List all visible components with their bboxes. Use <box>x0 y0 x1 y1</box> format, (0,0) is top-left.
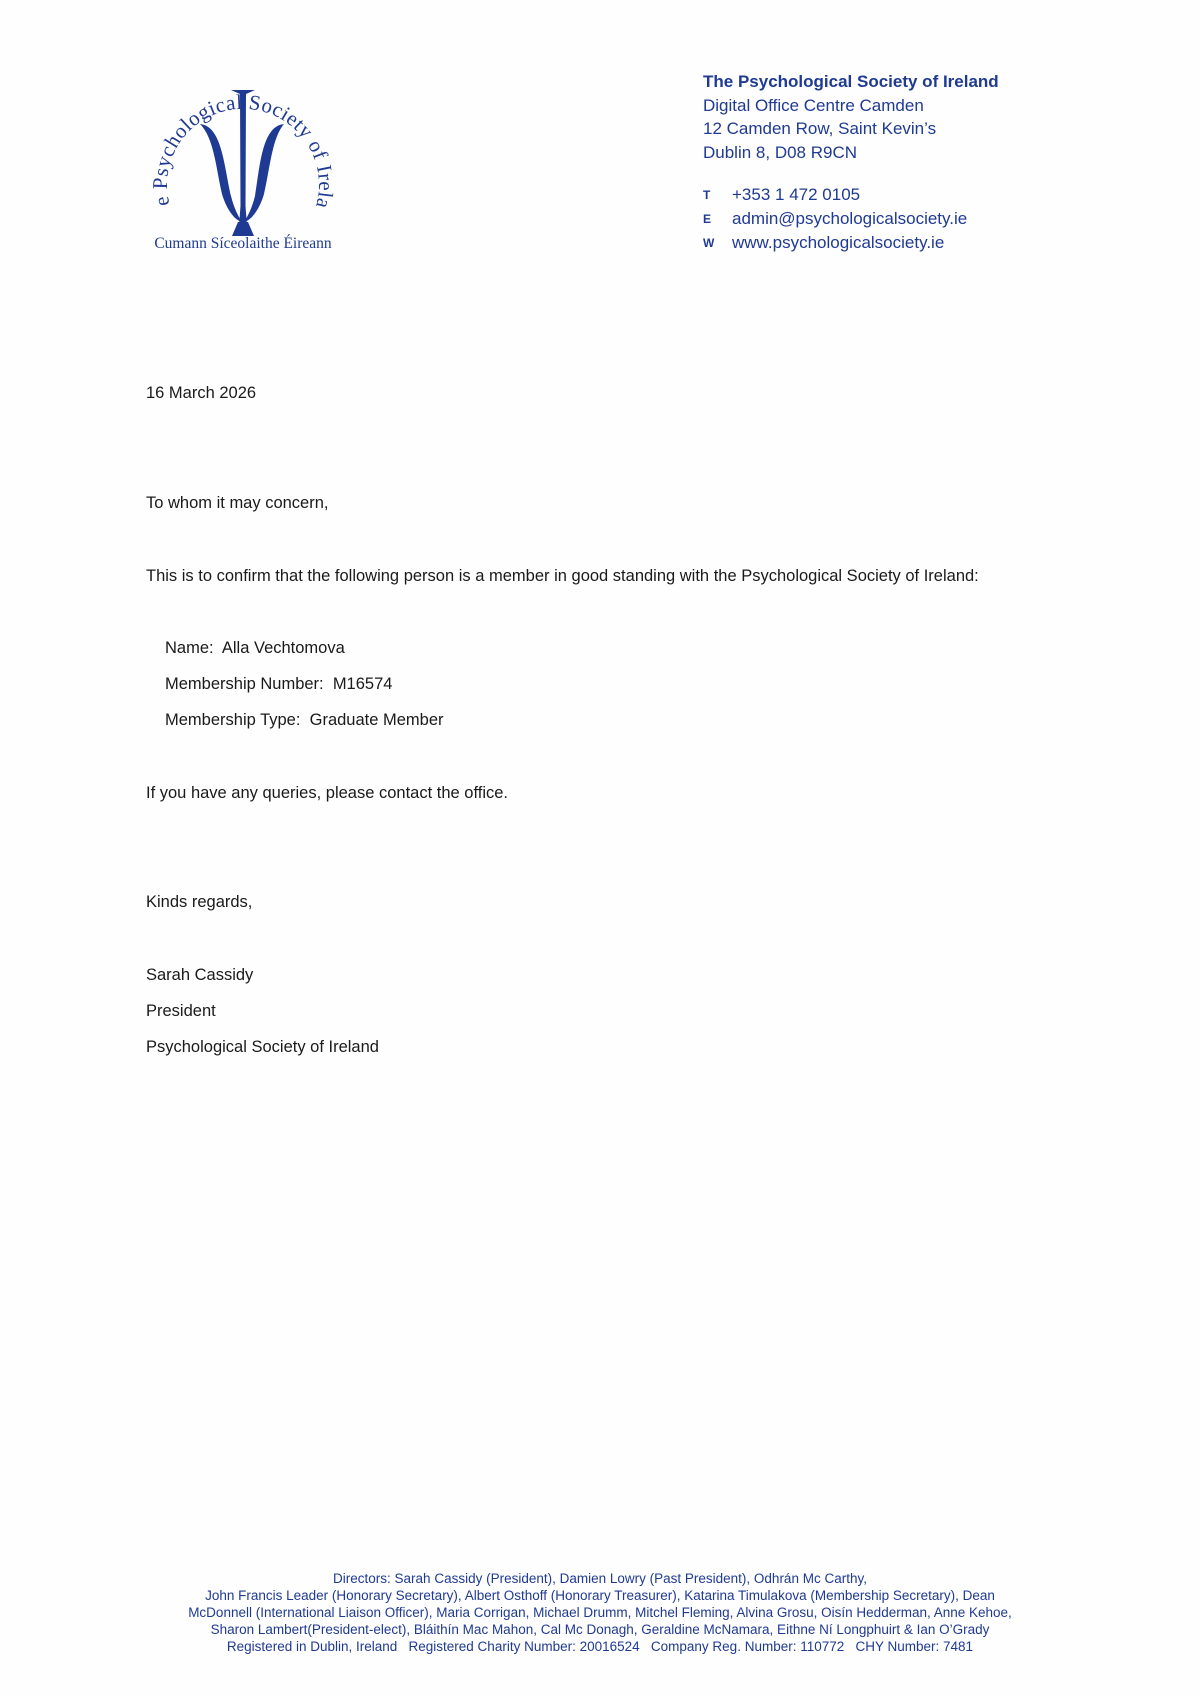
letter-date: 16 March 2026 <box>146 384 256 403</box>
membership-number: M16574 <box>333 675 393 693</box>
closing-note: If you have any queries, please contact … <box>146 784 508 803</box>
footer-line: Sharon Lambert(President-elect), Bláithí… <box>0 1621 1200 1638</box>
website-row: W www.psychologicalsociety.ie <box>703 231 967 255</box>
footer-line: Directors: Sarah Cassidy (President), Da… <box>0 1570 1200 1587</box>
footer-registration: Registered in Dublin, Ireland Registered… <box>0 1638 1200 1655</box>
intro-paragraph: This is to confirm that the following pe… <box>146 567 979 586</box>
email-key: E <box>703 207 732 231</box>
phone-number: +353 1 472 0105 <box>732 183 860 207</box>
email-address: admin@psychologicalsociety.ie <box>732 207 967 231</box>
address-line: Digital Office Centre Camden <box>703 94 999 118</box>
member-name-row: Name: Alla Vechtomova <box>165 639 345 658</box>
signatory-title: President <box>146 1002 216 1021</box>
signoff: Kinds regards, <box>146 893 252 912</box>
logo-subtitle: Cumann Síceolaithe Éireann <box>154 235 332 252</box>
signatory-name: Sarah Cassidy <box>146 966 253 985</box>
phone-row: T +353 1 472 0105 <box>703 183 967 207</box>
society-logo: The Psychological Society of Ireland Cum… <box>138 56 348 256</box>
footer-line: McDonnell (International Liaison Officer… <box>0 1604 1200 1621</box>
email-row: E admin@psychologicalsociety.ie <box>703 207 967 231</box>
member-name: Alla Vechtomova <box>222 639 345 657</box>
membership-type: Graduate Member <box>310 711 444 729</box>
membership-type-row: Membership Type: Graduate Member <box>165 711 444 730</box>
website-key: W <box>703 231 732 255</box>
logo-arc-text: The Psychological Society of Ireland <box>138 56 338 211</box>
org-name: The Psychological Society of Ireland <box>703 70 999 94</box>
detail-label: Membership Type: <box>165 711 300 729</box>
footer-directors: Directors: Sarah Cassidy (President), Da… <box>0 1570 1200 1655</box>
psi-emblem-icon: The Psychological Society of Ireland Cum… <box>138 56 348 256</box>
website-url: www.psychologicalsociety.ie <box>732 231 944 255</box>
salutation: To whom it may concern, <box>146 494 328 513</box>
contact-details: T +353 1 472 0105 E admin@psychologicals… <box>703 183 967 255</box>
membership-number-row: Membership Number: M16574 <box>165 675 392 694</box>
address-line: Dublin 8, D08 R9CN <box>703 141 999 165</box>
letterhead-address: The Psychological Society of Ireland Dig… <box>703 70 999 164</box>
footer-line: John Francis Leader (Honorary Secretary)… <box>0 1587 1200 1604</box>
address-line: 12 Camden Row, Saint Kevin’s <box>703 117 999 141</box>
phone-key: T <box>703 183 732 207</box>
detail-label: Name: <box>165 639 214 657</box>
detail-label: Membership Number: <box>165 675 324 693</box>
svg-text:The Psychological Society of I: The Psychological Society of Ireland <box>138 56 338 211</box>
signatory-organisation: Psychological Society of Ireland <box>146 1038 379 1057</box>
